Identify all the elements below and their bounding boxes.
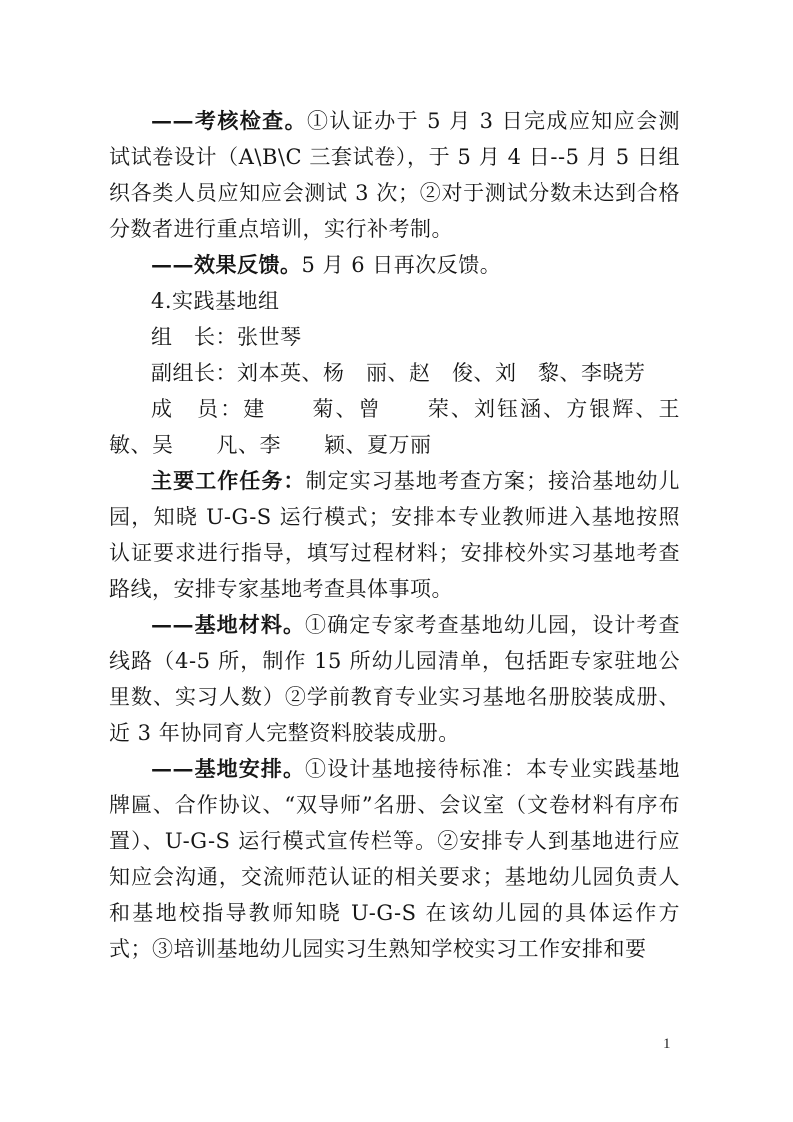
para-effect-feedback-text: 5 月 6 日再次反馈。 (302, 253, 502, 277)
para-main-tasks: 主要工作任务：制定实习基地考查方案；接洽基地幼儿园，知晓 U-G-S 运行模式；… (109, 463, 680, 607)
para-assessment-check: ——考核检查。①认证办于 5 月 3 日完成应知应会测试试卷设计（A\B\C 三… (109, 103, 680, 247)
para-base-materials-lead: ——基地材料。 (151, 612, 305, 637)
para-group-heading-text: 4.实践基地组 (151, 289, 280, 313)
document-body: ——考核检查。①认证办于 5 月 3 日完成应知应会测试试卷设计（A\B\C 三… (109, 103, 680, 967)
document-page: ——考核检查。①认证办于 5 月 3 日完成应知应会测试试卷设计（A\B\C 三… (0, 0, 793, 1122)
para-effect-feedback: ——效果反馈。5 月 6 日再次反馈。 (109, 247, 680, 283)
para-deputy-leaders-text: 副组长：刘本英、杨 丽、赵 俊、刘 黎、李晓芳 (151, 361, 646, 385)
para-members-text: 成 员：建 菊、曾 荣、刘钰涵、方银辉、王 敏、吴 凡、李 颖、夏万丽 (109, 397, 723, 457)
para-base-arrangement-text: ①设计基地接待标准：本专业实践基地牌匾、合作协议、“双导师”名册、会议室（文卷材… (109, 757, 680, 961)
para-base-arrangement: ——基地安排。①设计基地接待标准：本专业实践基地牌匾、合作协议、“双导师”名册、… (109, 751, 680, 967)
page-number: 1 (663, 1035, 671, 1053)
para-members: 成 员：建 菊、曾 荣、刘钰涵、方银辉、王 敏、吴 凡、李 颖、夏万丽 (109, 391, 680, 463)
para-group-heading: 4.实践基地组 (109, 283, 680, 319)
para-base-arrangement-lead: ——基地安排。 (151, 756, 305, 781)
para-base-materials: ——基地材料。①确定专家考查基地幼儿园，设计考查线路（4-5 所，制作 15 所… (109, 607, 680, 751)
para-deputy-leaders: 副组长：刘本英、杨 丽、赵 俊、刘 黎、李晓芳 (109, 355, 680, 391)
para-group-leader-text: 组 长：张世琴 (151, 325, 302, 349)
para-effect-feedback-lead: ——效果反馈。 (151, 252, 302, 277)
para-assessment-check-lead: ——考核检查。 (151, 108, 307, 133)
para-main-tasks-lead: 主要工作任务： (151, 468, 305, 493)
para-group-leader: 组 长：张世琴 (109, 319, 680, 355)
